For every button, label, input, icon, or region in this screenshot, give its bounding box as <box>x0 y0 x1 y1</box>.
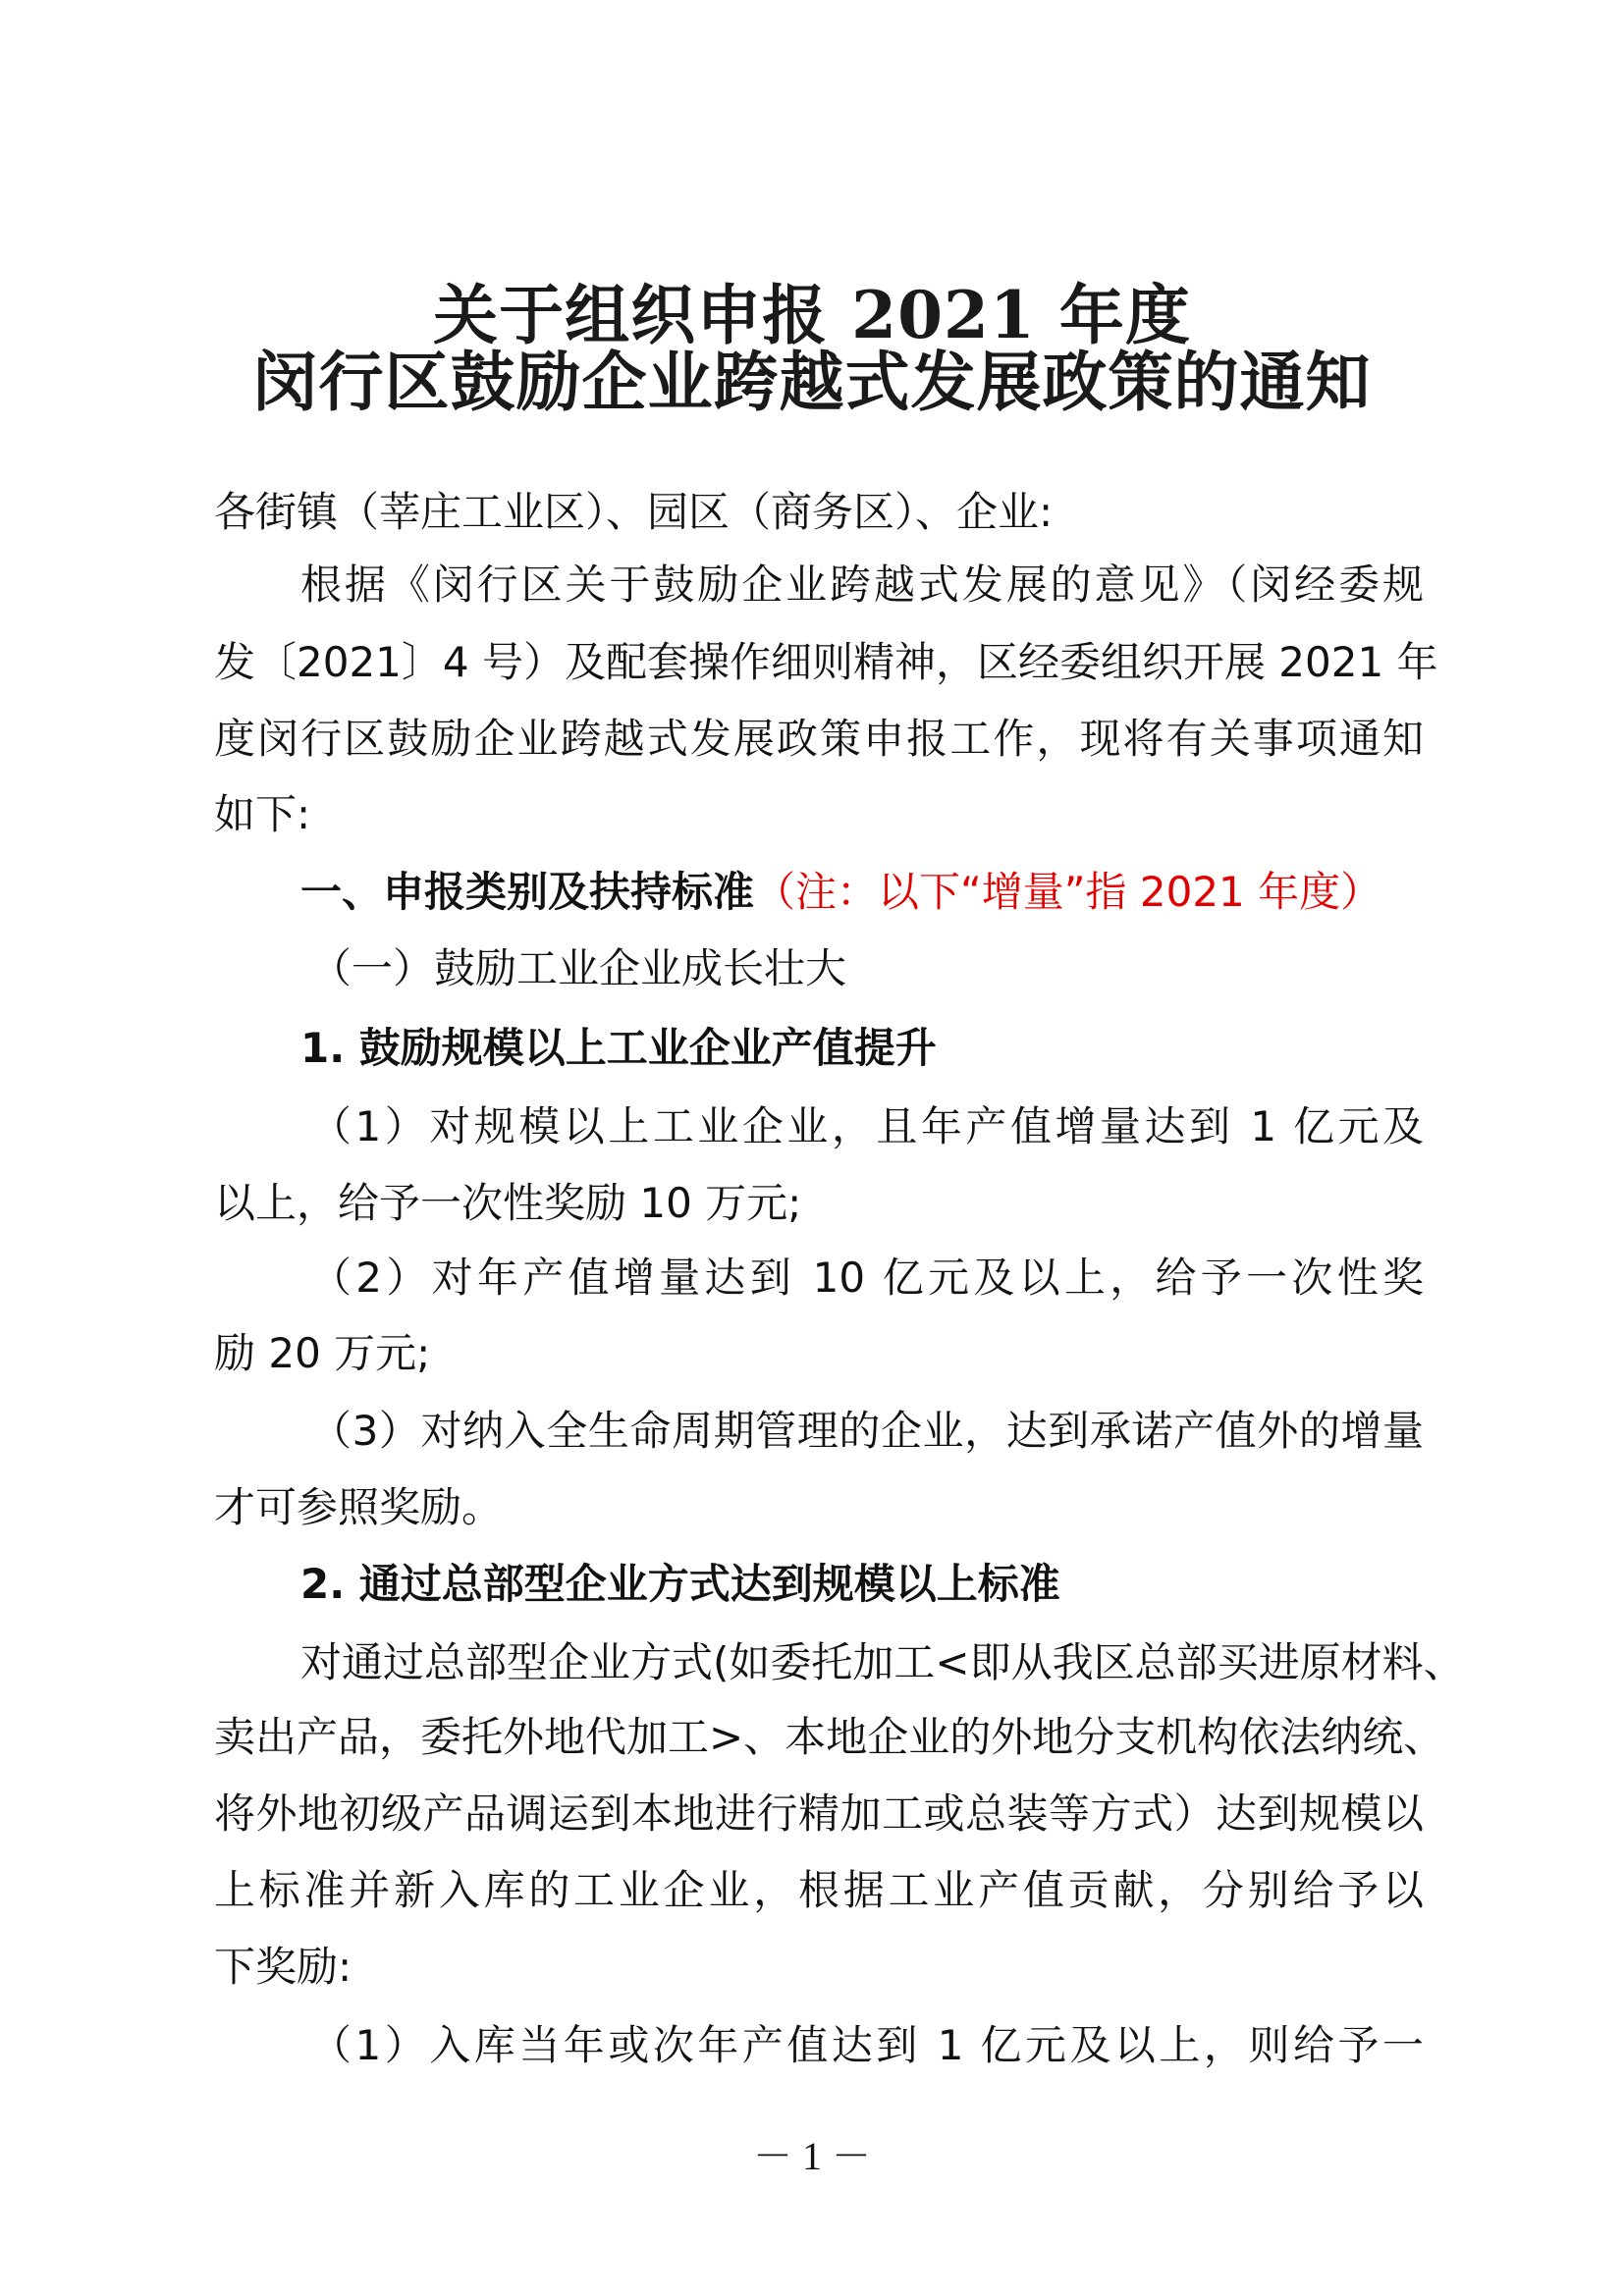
section-note: （注：以下“增量”指 2021 年度） <box>754 868 1381 916</box>
item2-line-5: 下奖励: <box>214 1940 1424 1995</box>
item2-line-3: 将外地初级产品调运到本地进行精加工或总装等方式）达到规模以 <box>214 1787 1424 1842</box>
intro-line-4: 如下: <box>214 787 1424 842</box>
item1-line-5: （3）对纳入全生命周期管理的企业，达到承诺产值外的增量 <box>310 1404 1424 1459</box>
section-heading-text: 一、申报类别及扶持标准 <box>300 868 754 916</box>
item2-line-2: 卖出产品，委托外地代加工>、本地企业的外地分支机构依法纳统、 <box>214 1710 1439 1765</box>
item2-line-4: 上标准并新入库的工业企业，根据工业产值贡献，分别给予以 <box>214 1863 1424 1918</box>
document-page: 关于组织申报 2021 年度 闵行区鼓励企业跨越式发展政策的通知 各街镇（莘庄工… <box>0 0 1624 2296</box>
item1-line-2: 以上，给予一次性奖励 10 万元; <box>214 1176 1424 1231</box>
section-heading-1: 一、申报类别及扶持标准（注：以下“增量”指 2021 年度） <box>300 865 1424 920</box>
item-heading-2: 2. 通过总部型企业方式达到规模以上标准 <box>300 1557 1424 1612</box>
item2-line-6: （1）入库当年或次年产值达到 1 亿元及以上，则给予一 <box>310 2018 1424 2073</box>
item-heading-1: 1. 鼓励规模以上工业企业产值提升 <box>300 1021 1424 1076</box>
intro-line-3: 度闵行区鼓励企业跨越式发展政策申报工作，现将有关事项通知 <box>214 712 1424 767</box>
intro-line-2: 发〔2021〕4 号）及配套操作细则精神，区经委组织开展 2021 年 <box>214 635 1424 690</box>
subsection-heading-1: （一）鼓励工业企业成长壮大 <box>310 941 1434 996</box>
item1-line-3: （2）对年产值增量达到 10 亿元及以上，给予一次性奖 <box>310 1251 1424 1306</box>
addressee: 各街镇（莘庄工业区）、园区（商务区）、企业: <box>214 485 1424 540</box>
item2-line-1: 对通过总部型企业方式(如委托加工<即从我区总部买进原材料、 <box>300 1635 1439 1690</box>
intro-line-1: 根据《闵行区关于鼓励企业跨越式发展的意见》（闵经委规 <box>300 558 1424 613</box>
page-number: － 1 － <box>0 2125 1624 2181</box>
item1-line-6: 才可参照奖励。 <box>214 1480 1424 1535</box>
item1-line-4: 励 20 万元; <box>214 1326 1424 1381</box>
document-title-line-2: 闵行区鼓励企业跨越式发展政策的通知 <box>0 330 1624 423</box>
item1-line-1: （1）对规模以上工业企业，且年产值增量达到 1 亿元及 <box>310 1099 1424 1154</box>
